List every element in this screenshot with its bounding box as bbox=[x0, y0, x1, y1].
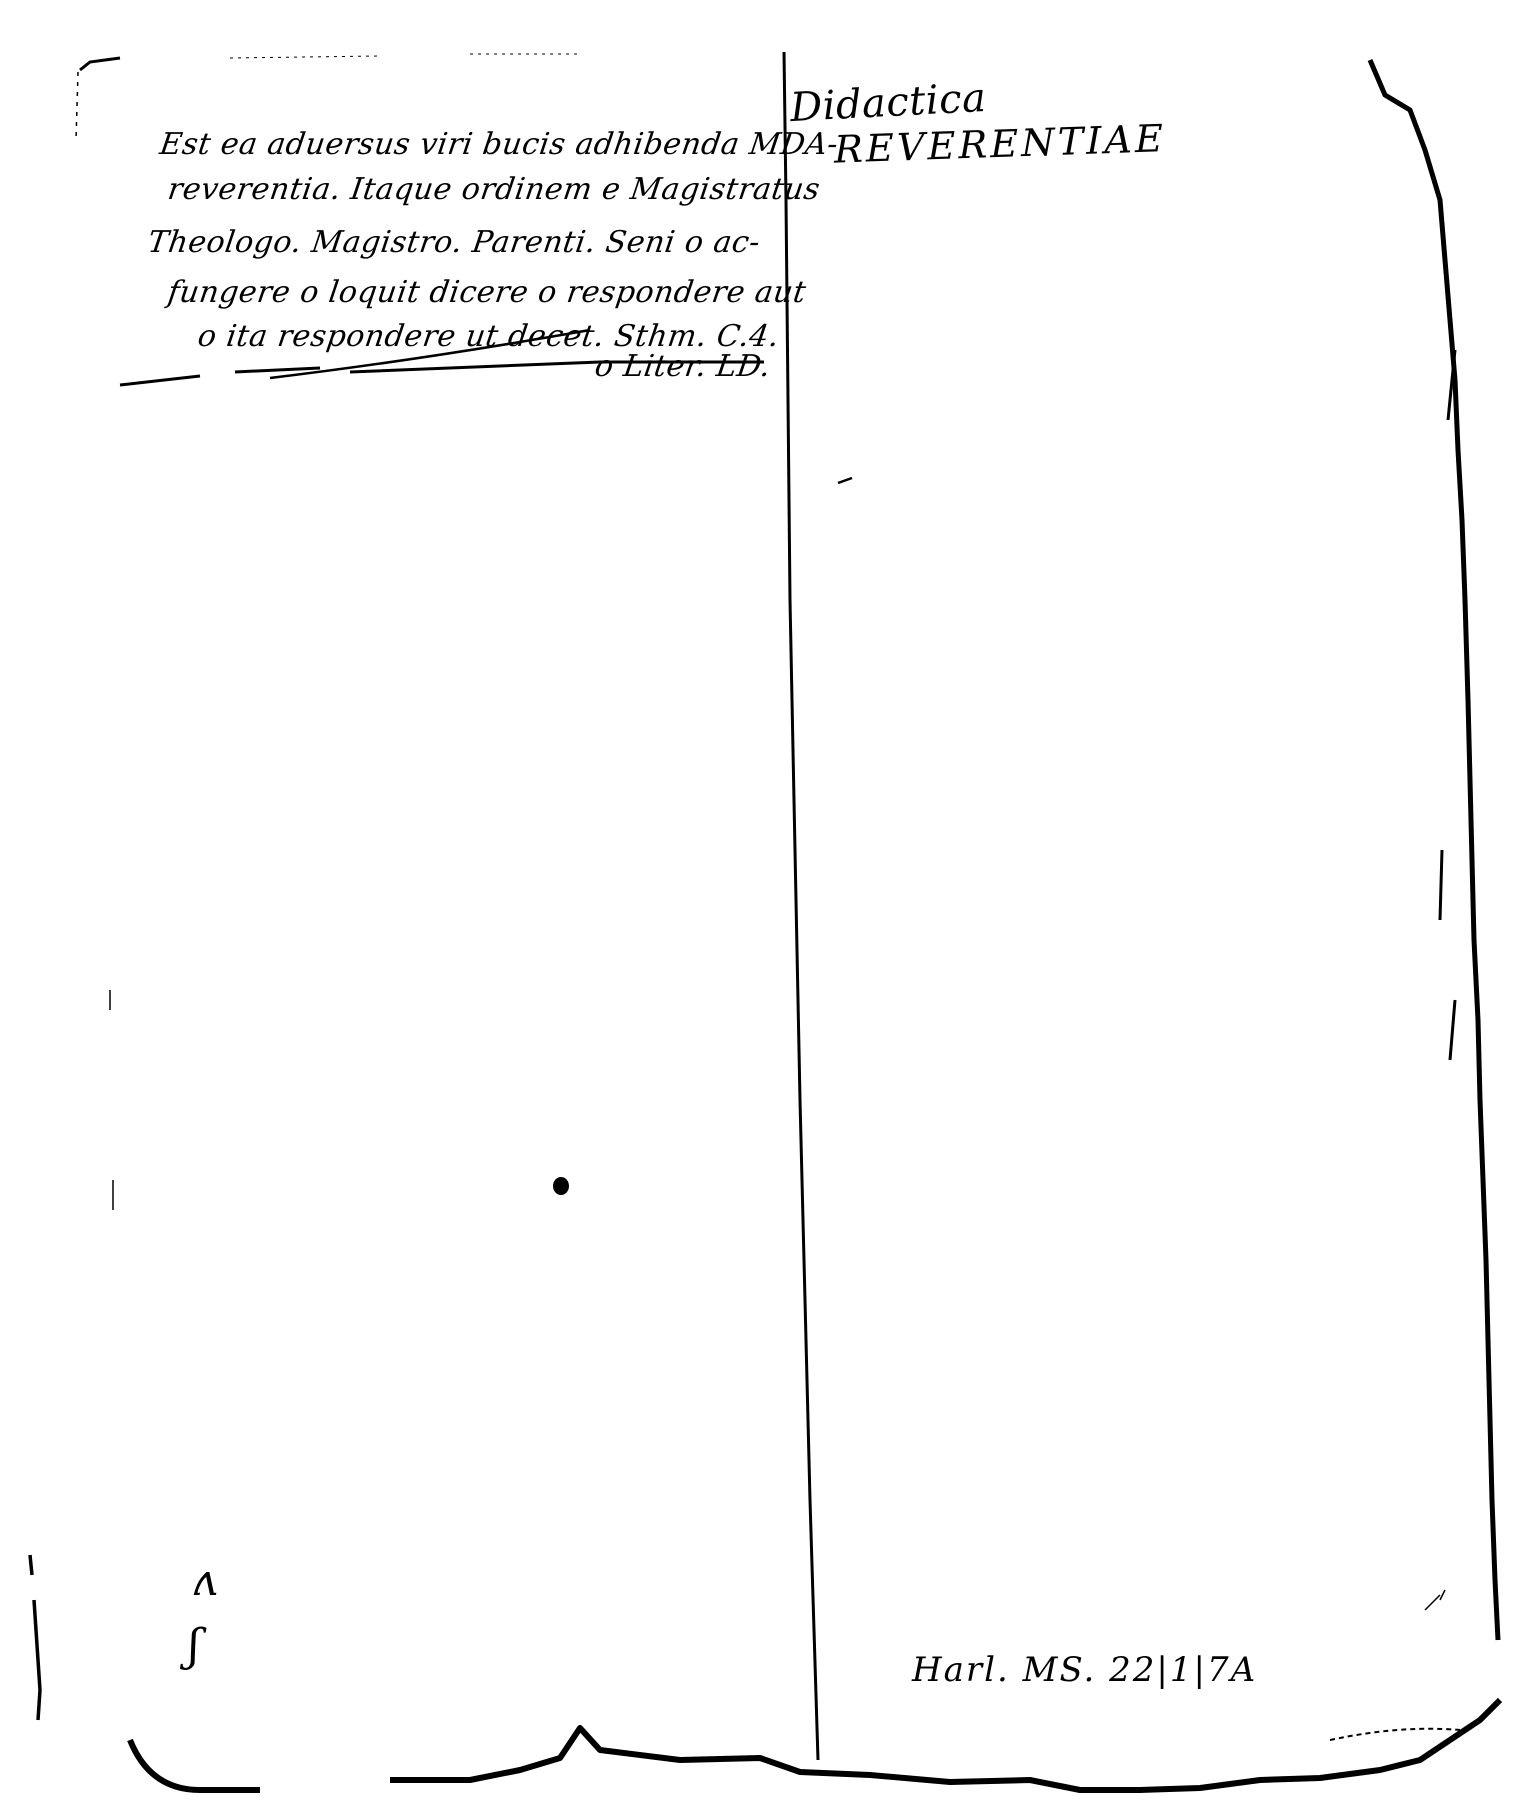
page-edges bbox=[0, 0, 1536, 1820]
margin-mark-2: ʃ bbox=[188, 1620, 200, 1671]
text-line-3: Theologo. Magistro. Parenti. Seni o ac- bbox=[146, 228, 762, 258]
margin-mark-1: ʌ bbox=[192, 1555, 217, 1606]
text-line-4: fungere o loquit dicere o respondere aut bbox=[166, 278, 808, 308]
text-line-1: Est ea aduersus viri bucis adhibenda MDA… bbox=[158, 130, 840, 160]
text-line-2: reverentia. Itaque ordinem e Magistratus bbox=[166, 175, 822, 205]
manuscript-page: Didactica REVERENTIAE Est ea aduersus vi… bbox=[0, 0, 1536, 1820]
text-line-5: o ita respondere ut decet. Sthm. C.4. bbox=[196, 322, 781, 352]
text-line-6: o Liter. LD. bbox=[593, 352, 773, 382]
shelfmark: Harl. MS. 22|1|7A bbox=[912, 1650, 1257, 1690]
